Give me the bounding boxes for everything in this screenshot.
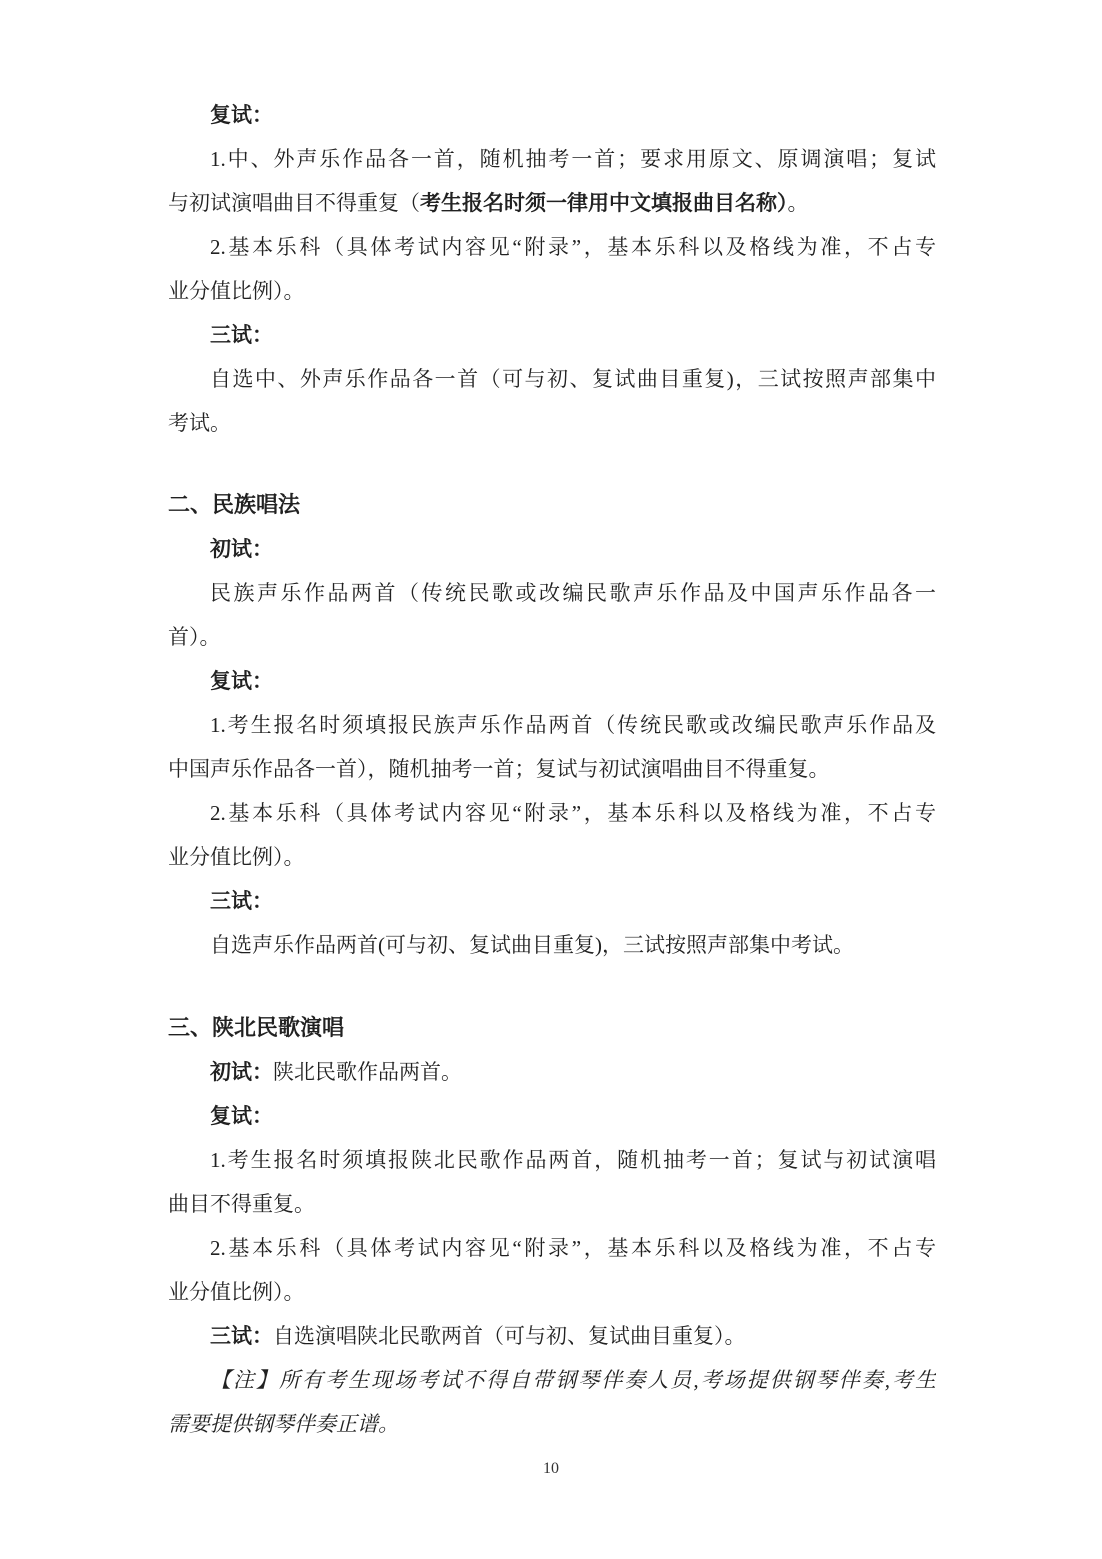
text-line: 业分值比例）。 — [168, 269, 936, 313]
text-segment: 三、陕北民歌演唱 — [168, 1015, 344, 1040]
text-segment: 曲目不得重复。 — [168, 1192, 315, 1216]
text-line: 曲目不得重复。 — [168, 1182, 936, 1226]
text-segment: 业分值比例）。 — [168, 1280, 305, 1304]
text-segment: 三试： — [210, 1325, 273, 1348]
text-segment: 自选中、外声乐作品各一首（可与初、复试曲目重复)，三试按照声部集中 — [210, 367, 936, 391]
text-line: 2.基本乐科（具体考试内容见“附录”，基本乐科以及格线为准，不占专 — [168, 791, 936, 835]
text-segment: 1.中、外声乐作品各一首，随机抽考一首；要求用原文、原调演唱；复试 — [210, 147, 936, 171]
text-line: 业分值比例）。 — [168, 835, 936, 879]
exam-stage-label: 复试： — [168, 659, 936, 703]
exam-stage-label: 初试： — [168, 527, 936, 571]
note-line: 【注】所有考生现场考试不得自带钢琴伴奏人员,考场提供钢琴伴奏,考生 — [168, 1358, 936, 1402]
text-segment: 三试： — [210, 890, 273, 913]
text-line: 三试：自选演唱陕北民歌两首（可与初、复试曲目重复）。 — [168, 1314, 936, 1358]
text-segment: 初试： — [210, 1061, 273, 1084]
text-line: 中国声乐作品各一首），随机抽考一首；复试与初试演唱曲目不得重复。 — [168, 747, 936, 791]
exam-stage-label: 复试： — [168, 93, 936, 137]
page-footer: 10 — [0, 1454, 1102, 1484]
text-line: 自选中、外声乐作品各一首（可与初、复试曲目重复)，三试按照声部集中 — [168, 357, 936, 401]
section-heading: 三、陕北民歌演唱 — [168, 1006, 936, 1050]
text-line: 自选声乐作品两首(可与初、复试曲目重复)，三试按照声部集中考试。 — [168, 923, 936, 967]
text-segment: 。 — [788, 191, 809, 215]
text-segment: 自选声乐作品两首(可与初、复试曲目重复)，三试按照声部集中考试。 — [210, 933, 854, 957]
text-line: 1.中、外声乐作品各一首，随机抽考一首；要求用原文、原调演唱；复试 — [168, 137, 936, 181]
document-body: 复试：1.中、外声乐作品各一首，随机抽考一首；要求用原文、原调演唱；复试与初试演… — [0, 0, 1102, 1446]
exam-stage-label: 三试： — [168, 879, 936, 923]
note-line: 需要提供钢琴伴奏正谱。 — [168, 1402, 936, 1446]
text-line: 与初试演唱曲目不得重复（考生报名时须一律用中文填报曲目名称）。 — [168, 181, 936, 225]
text-segment: 复试： — [210, 1105, 273, 1128]
text-segment: 考生报名时须一律用中文填报曲目名称） — [420, 192, 788, 215]
text-segment: 2.基本乐科（具体考试内容见“附录”，基本乐科以及格线为准，不占专 — [210, 1236, 936, 1260]
page-number: 10 — [543, 1460, 559, 1477]
text-segment: 业分值比例）。 — [168, 845, 305, 869]
text-segment: 2.基本乐科（具体考试内容见“附录”，基本乐科以及格线为准，不占专 — [210, 235, 936, 259]
text-segment: 与初试演唱曲目不得重复（ — [168, 191, 420, 215]
text-segment: 2.基本乐科（具体考试内容见“附录”，基本乐科以及格线为准，不占专 — [210, 801, 936, 825]
text-line: 考试。 — [168, 401, 936, 445]
text-segment: 需要提供钢琴伴奏正谱。 — [168, 1412, 399, 1436]
text-segment: 首）。 — [168, 625, 221, 649]
text-segment: 二、民族唱法 — [168, 492, 300, 517]
text-segment: 陕北民歌作品两首。 — [273, 1060, 462, 1084]
text-segment: 业分值比例）。 — [168, 279, 305, 303]
text-segment: 复试： — [210, 670, 273, 693]
text-line: 业分值比例）。 — [168, 1270, 936, 1314]
text-segment: 1.考生报名时须填报民族声乐作品两首（传统民歌或改编民歌声乐作品及 — [210, 713, 936, 737]
text-line: 2.基本乐科（具体考试内容见“附录”，基本乐科以及格线为准，不占专 — [168, 225, 936, 269]
text-segment: 【注】所有考生现场考试不得自带钢琴伴奏人员,考场提供钢琴伴奏,考生 — [210, 1368, 936, 1392]
exam-stage-label: 复试： — [168, 1094, 936, 1138]
section-heading: 二、民族唱法 — [168, 483, 936, 527]
text-segment: 中国声乐作品各一首），随机抽考一首；复试与初试演唱曲目不得重复。 — [168, 757, 830, 781]
text-segment: 民族声乐作品两首（传统民歌或改编民歌声乐作品及中国声乐作品各一 — [210, 581, 936, 605]
text-segment: 1.考生报名时须填报陕北民歌作品两首，随机抽考一首；复试与初试演唱 — [210, 1148, 936, 1172]
text-line: 2.基本乐科（具体考试内容见“附录”，基本乐科以及格线为准，不占专 — [168, 1226, 936, 1270]
text-segment: 复试： — [210, 104, 273, 127]
text-line: 初试：陕北民歌作品两首。 — [168, 1050, 936, 1094]
text-line: 首）。 — [168, 615, 936, 659]
text-line: 民族声乐作品两首（传统民歌或改编民歌声乐作品及中国声乐作品各一 — [168, 571, 936, 615]
exam-stage-label: 三试： — [168, 313, 936, 357]
text-segment: 初试： — [210, 538, 273, 561]
text-line: 1.考生报名时须填报陕北民歌作品两首，随机抽考一首；复试与初试演唱 — [168, 1138, 936, 1182]
document-page: 复试：1.中、外声乐作品各一首，随机抽考一首；要求用原文、原调演唱；复试与初试演… — [0, 0, 1102, 1559]
text-segment: 自选演唱陕北民歌两首（可与初、复试曲目重复）。 — [273, 1324, 746, 1348]
text-line: 1.考生报名时须填报民族声乐作品两首（传统民歌或改编民歌声乐作品及 — [168, 703, 936, 747]
text-segment: 考试。 — [168, 411, 231, 435]
text-segment: 三试： — [210, 324, 273, 347]
